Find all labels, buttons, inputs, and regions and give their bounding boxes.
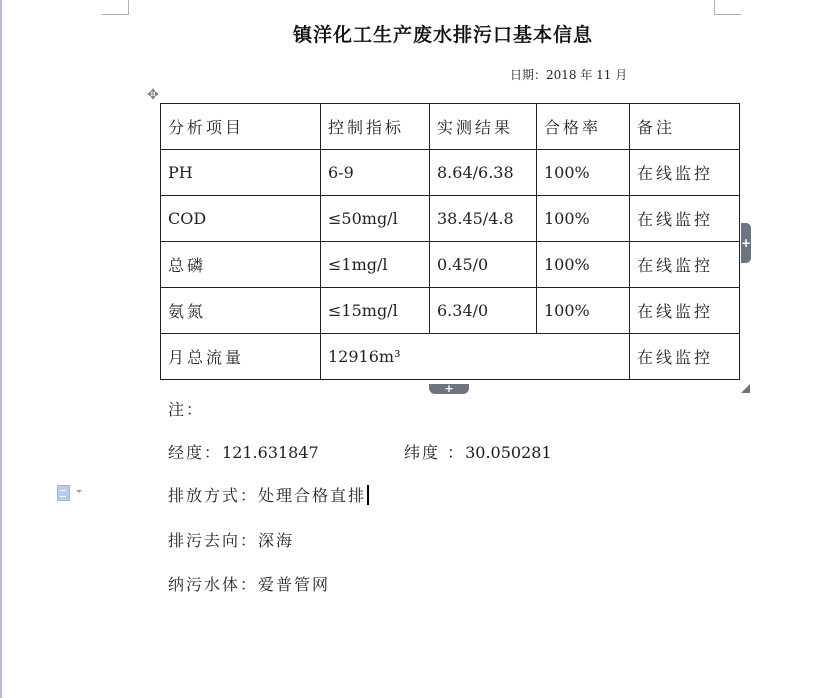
cell-pass-rate[interactable]: 100% xyxy=(537,288,630,334)
latitude-line: 纬度 ：30.050281 xyxy=(404,440,552,463)
margin-corner-top-left xyxy=(102,0,129,15)
latitude-label: 纬度 ： xyxy=(404,443,465,462)
paragraph-options-button[interactable] xyxy=(57,485,87,501)
cell-remark[interactable]: 在线监控 xyxy=(630,150,740,196)
cell-pass-rate[interactable]: 100% xyxy=(537,242,630,288)
cell-remark[interactable]: 在线监控 xyxy=(630,196,740,242)
table-row: COD ≤50mg/l 38.45/4.8 100% 在线监控 xyxy=(161,196,740,242)
discharge-direction-line: 排污去向：深海 xyxy=(168,528,294,551)
discharge-mode-text: 排放方式：处理合格直排 xyxy=(168,486,366,505)
cell-pass-rate[interactable]: 100% xyxy=(537,150,630,196)
document-title: 镇洋化工生产废水排污口基本信息 xyxy=(270,20,616,47)
cell-result[interactable]: 38.45/4.8 xyxy=(430,196,537,242)
document-date: 日期：2018 年 11 月 xyxy=(510,66,627,83)
document-icon xyxy=(57,485,70,501)
header-result[interactable]: 实测结果 xyxy=(430,104,537,150)
text-cursor xyxy=(367,485,369,505)
page-left-edge xyxy=(0,0,2,698)
table-header-row: 分析项目 控制指标 实测结果 合格率 备注 xyxy=(161,104,740,150)
table-total-row: 月总流量 12916m³ 在线监控 xyxy=(161,334,740,380)
cell-item[interactable]: 氨氮 xyxy=(161,288,321,334)
table-row: PH 6-9 8.64/6.38 100% 在线监控 xyxy=(161,150,740,196)
longitude-label: 经度： xyxy=(168,443,222,462)
header-item[interactable]: 分析项目 xyxy=(161,104,321,150)
cell-total-remark[interactable]: 在线监控 xyxy=(630,334,740,380)
receiving-water-line: 纳污水体：爱普管网 xyxy=(168,572,330,595)
table-row: 氨氮 ≤15mg/l 6.34/0 100% 在线监控 xyxy=(161,288,740,334)
cell-item[interactable]: PH xyxy=(161,150,321,196)
cell-limit[interactable]: 6-9 xyxy=(321,150,430,196)
cell-limit[interactable]: ≤50mg/l xyxy=(321,196,430,242)
cell-item[interactable]: COD xyxy=(161,196,321,242)
cell-remark[interactable]: 在线监控 xyxy=(630,242,740,288)
cell-item[interactable]: 总磷 xyxy=(161,242,321,288)
header-remark[interactable]: 备注 xyxy=(630,104,740,150)
cell-result[interactable]: 8.64/6.38 xyxy=(430,150,537,196)
cell-limit[interactable]: ≤15mg/l xyxy=(321,288,430,334)
cell-result[interactable]: 6.34/0 xyxy=(430,288,537,334)
header-limit[interactable]: 控制指标 xyxy=(321,104,430,150)
latitude-value: 30.050281 xyxy=(465,443,552,462)
longitude-value: 121.631847 xyxy=(222,443,319,462)
wastewater-info-table: 分析项目 控制指标 实测结果 合格率 备注 PH 6-9 8.64/6.38 1… xyxy=(160,103,740,380)
cell-total-value[interactable]: 12916m³ xyxy=(321,334,630,380)
add-row-button[interactable]: + xyxy=(429,384,469,394)
cell-pass-rate[interactable]: 100% xyxy=(537,196,630,242)
table-resize-handle[interactable] xyxy=(741,384,750,393)
table-move-icon[interactable]: ✥ xyxy=(145,87,161,103)
chevron-down-icon xyxy=(76,490,82,493)
cell-result[interactable]: 0.45/0 xyxy=(430,242,537,288)
longitude-line: 经度：121.631847 xyxy=(168,440,319,463)
margin-corner-top-right xyxy=(714,0,741,15)
table-row: 总磷 ≤1mg/l 0.45/0 100% 在线监控 xyxy=(161,242,740,288)
discharge-mode-line[interactable]: 排放方式：处理合格直排 xyxy=(168,483,369,506)
cell-total-label[interactable]: 月总流量 xyxy=(161,334,321,380)
cell-limit[interactable]: ≤1mg/l xyxy=(321,242,430,288)
add-column-button[interactable]: + xyxy=(741,223,751,263)
note-label: 注： xyxy=(168,397,204,420)
header-pass-rate[interactable]: 合格率 xyxy=(537,104,630,150)
cell-remark[interactable]: 在线监控 xyxy=(630,288,740,334)
